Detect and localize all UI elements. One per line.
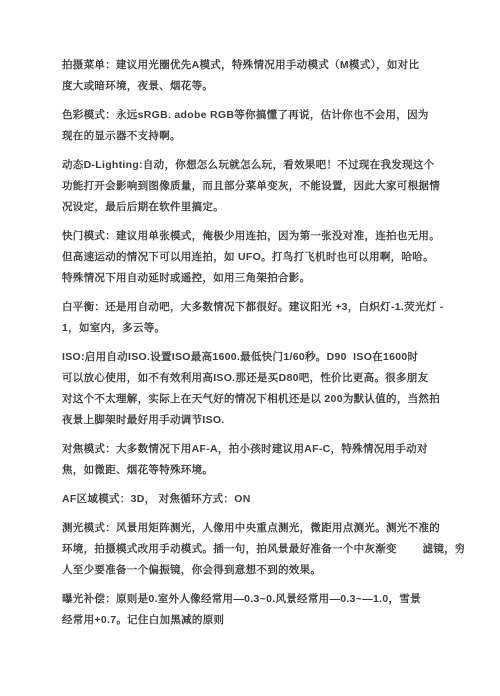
document-page: 拍摄菜单：建议用光圈优先A模式，特殊情况用手动模式（M模式），如对比 度大或暗环… <box>0 0 500 696</box>
text-line: 夜景上脚架时最好用手动调节ISO. <box>62 410 464 431</box>
text-line: 可以放心使用，如不有效利用高ISO.那还是买D80吧，性价比更高。很多朋友 <box>62 368 464 389</box>
text-line: 动态D-Lighting:自动，你想怎么玩就怎么玩，看效果吧！不过现在我发现这个 <box>62 155 464 176</box>
text-line: 焦，如微距、烟花等特殊环境。 <box>62 460 464 481</box>
text-line: 现在的显示器不支持啊。 <box>62 126 464 147</box>
text-line: ISO:启用自动ISO.设置ISO最高1600.最低快门1/60秒。D90 IS… <box>62 347 464 368</box>
text-line: 况设定，最后后期在软件里搞定。 <box>62 197 464 218</box>
text-line: 人至少要准备一个偏振镜，你会得到意想不到的效果。 <box>62 560 464 581</box>
paragraph-white-balance: 白平衡：还是用自动吧，大多数情况下都很好。建议阳光 +3，白炽灯-1.荧光灯 -… <box>62 297 464 339</box>
text-line: AF区域模式：3D， 对焦循环方式：ON <box>62 489 464 510</box>
paragraph-d-lighting: 动态D-Lighting:自动，你想怎么玩就怎么玩，看效果吧！不过现在我发现这个… <box>62 155 464 218</box>
text-line: 环境，拍摄模式改用手动模式。插一句，拍风景最好准备一个中灰渐变 滤镜，穷 <box>62 539 464 560</box>
paragraph-shutter-mode: 快门模式：建议用单张模式，俺极少用连拍，因为第一张没对准，连拍也无用。 但高速运… <box>62 226 464 289</box>
paragraph-focus-mode: 对焦模式：大多数情况下用AF-A，拍小孩时建议用AF-C，特殊情况用手动对 焦，… <box>62 439 464 481</box>
paragraph-af-area-mode: AF区域模式：3D， 对焦循环方式：ON <box>62 489 464 510</box>
text-line: 快门模式：建议用单张模式，俺极少用连拍，因为第一张没对准，连拍也无用。 <box>62 226 464 247</box>
text-line: 对焦模式：大多数情况下用AF-A，拍小孩时建议用AF-C，特殊情况用手动对 <box>62 439 464 460</box>
text-line: 度大或暗环境，夜景、烟花等。 <box>62 76 464 97</box>
text-line: 测光模式：风景用矩阵测光，人像用中央重点测光，微距用点测光。测光不准的 <box>62 518 464 539</box>
text-line: 曝光补偿：原则是0.室外人像经常用—0.3~0.风景经常用—0.3~—1.0，雪… <box>62 589 464 610</box>
text-line: 功能打开会影响到图像质量，而且部分菜单变灰，不能设置，因此大家可根据情 <box>62 176 464 197</box>
paragraph-metering-mode: 测光模式：风景用矩阵测光，人像用中央重点测光，微距用点测光。测光不准的 环境，拍… <box>62 518 464 581</box>
paragraph-exposure-compensation: 曝光补偿：原则是0.室外人像经常用—0.3~0.风景经常用—0.3~—1.0，雪… <box>62 589 464 631</box>
text-line: 拍摄菜单：建议用光圈优先A模式，特殊情况用手动模式（M模式），如对比 <box>62 55 464 76</box>
paragraph-shooting-menu: 拍摄菜单：建议用光圈优先A模式，特殊情况用手动模式（M模式），如对比 度大或暗环… <box>62 55 464 97</box>
text-line: 经常用+0.7。记住白加黑减的原则 <box>62 610 464 631</box>
text-line: 对这个不太理解，实际上在天气好的情况下相机还是以 200为默认值的，当然拍 <box>62 389 464 410</box>
text-line: 特殊情况下用自动延时或遥控，如用三角架拍合影。 <box>62 268 464 289</box>
text-line: 色彩模式：永远sRGB. adobe RGB等你搞懂了再说，估计你也不会用，因为 <box>62 105 464 126</box>
paragraph-color-mode: 色彩模式：永远sRGB. adobe RGB等你搞懂了再说，估计你也不会用，因为… <box>62 105 464 147</box>
paragraph-iso: ISO:启用自动ISO.设置ISO最高1600.最低快门1/60秒。D90 IS… <box>62 347 464 431</box>
text-line: 但高速运动的情况下可以用连拍，如 UFO。打鸟打飞机时也可以用啊，哈哈。 <box>62 247 464 268</box>
text-line: 1，如室内，多云等。 <box>62 318 464 339</box>
text-line: 白平衡：还是用自动吧，大多数情况下都很好。建议阳光 +3，白炽灯-1.荧光灯 - <box>62 297 464 318</box>
